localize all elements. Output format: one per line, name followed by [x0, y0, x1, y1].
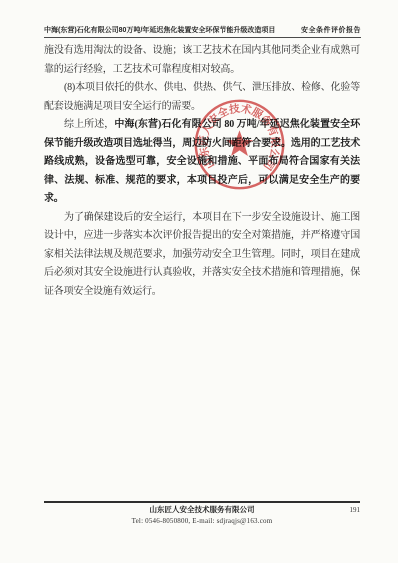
- footer-rule: [44, 501, 360, 503]
- running-head-report-type: 安全条件评价报告: [301, 26, 361, 35]
- document-body: 施没有选用淘汰的设备、设施；该工艺技术在国内其他同类企业有成熟可靠的运行经验，工…: [44, 42, 360, 301]
- footer-contact: Tel: 0546-8050800, E-mail: sdjraqjs@163.…: [44, 517, 360, 526]
- page-header: 中海(东营)石化有限公司80万吨/年延迟焦化装置安全环保节能升级改造项目 安全条…: [44, 26, 361, 38]
- footer: 山东匠人安全技术服务有限公司 191: [44, 505, 360, 514]
- conclusion-emphasis: 中海(东营)石化有限公司 80 万吨/年延迟焦化装置安全环保节能升级改造项目选址…: [44, 119, 360, 204]
- footer-company-name: 山东匠人安全技术服务有限公司: [150, 505, 255, 514]
- conclusion-lead-in: 综上所述，: [64, 119, 114, 130]
- paragraph-recommendations: 为了确保建设后的安全运行，本项目在下一步安全设施设计、施工图设计中，应进一步落实…: [44, 209, 360, 302]
- paragraph-supporting-facilities: (8)本项目依托的供水、供电、供热、供气、泄压排放、检修、化验等配套设施满足项目…: [44, 79, 360, 116]
- running-head-project-title: 中海(东营)石化有限公司80万吨/年延迟焦化装置安全环保节能升级改造项目: [44, 26, 275, 35]
- paragraph-process-reliability: 施没有选用淘汰的设备、设施；该工艺技术在国内其他同类企业有成熟可靠的运行经验，工…: [44, 42, 360, 79]
- paragraph-conclusion: 综上所述，中海(东营)石化有限公司 80 万吨/年延迟焦化装置安全环保节能升级改…: [44, 116, 360, 209]
- page-number: 191: [350, 506, 361, 515]
- document-page: 中海(东营)石化有限公司80万吨/年延迟焦化装置安全环保节能升级改造项目 安全条…: [0, 0, 398, 563]
